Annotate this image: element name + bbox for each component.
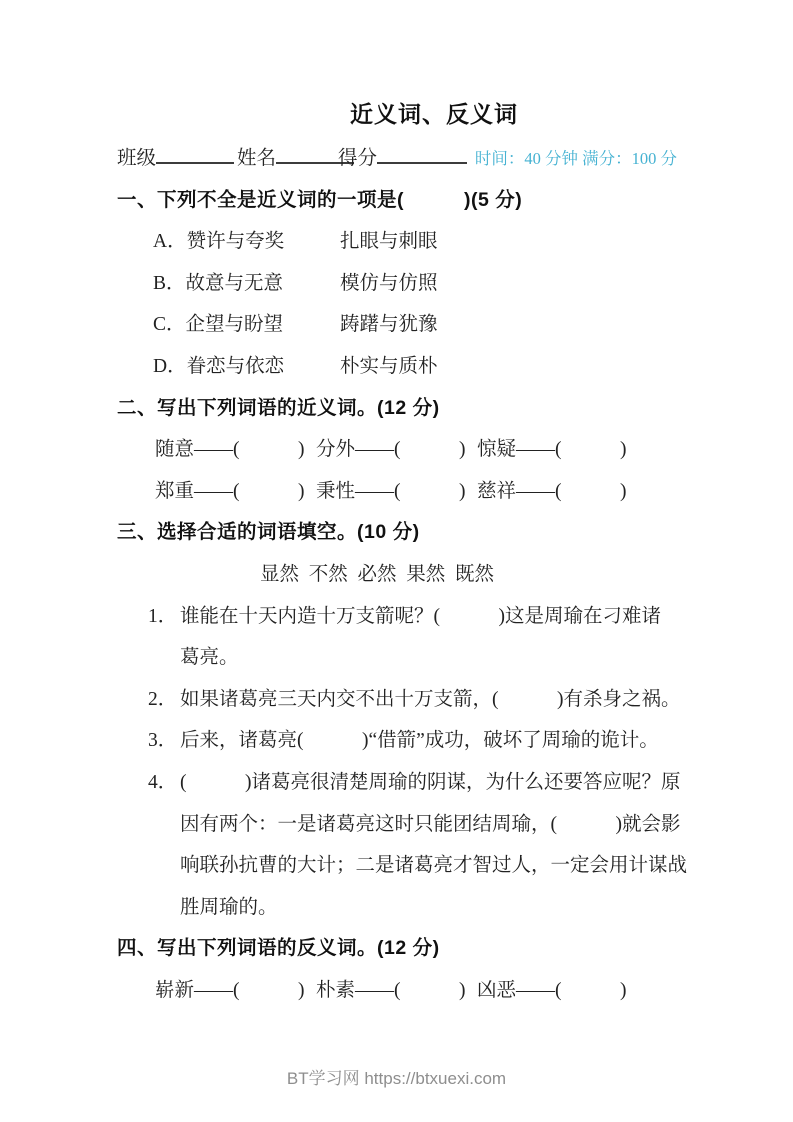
class-blank-line (156, 162, 234, 164)
option-d-pair2: 朴实与质朴 (340, 346, 438, 388)
worksheet-page: 近义词、反义词 班级 姓名 得分 时间：40 分钟 满分：100 分 一、下列不… (0, 0, 793, 1122)
time-limit-text: 时间：40 分钟 (475, 149, 578, 168)
synonym-blank: 郑重——( ) (155, 471, 305, 513)
option-a-pair1: 赞许与夸奖 (187, 231, 285, 252)
question-2-number: 2． (148, 679, 177, 721)
antonym-blank: 崭新——( ) (155, 970, 305, 1012)
section2-heading: 二、写出下列词语的近义词。(12 分) (117, 388, 677, 430)
option-row-a: A．赞许与夸奖 扎眼与刺眼 (117, 221, 677, 263)
option-row-c: C．企望与盼望 踌躇与犹豫 (117, 304, 677, 346)
question-3-number: 3． (148, 720, 177, 762)
option-b-text: B．故意与无意 (153, 273, 283, 294)
synonym-row-2: 郑重——( ) 秉性——( ) 慈祥——( ) (117, 471, 677, 513)
option-b-pair1: 故意与无意 (186, 273, 284, 294)
synonym-blank: 随意——( ) (155, 429, 305, 471)
question-2-text: 如果诸葛亮三天内交不出十万支箭，( )有杀身之祸。 (180, 689, 681, 710)
antonym-blank: 凶恶——( ) (477, 970, 627, 1012)
question-3-line-1: 3．后来，诸葛亮( )“借箭”成功，破坏了周瑜的诡计。 (117, 720, 677, 762)
option-d-text: D．眷恋与依恋 (153, 356, 284, 377)
antonym-blank: 朴素——( ) (316, 970, 466, 1012)
section4-heading: 四、写出下列词语的反义词。(12 分) (117, 928, 677, 970)
question-4-line-3: 响联孙抗曹的大计；二是诸葛亮才智过人，一定会用计谋战 (117, 845, 677, 887)
question-1-number: 1． (148, 596, 177, 638)
option-a-text: A．赞许与夸奖 (153, 231, 284, 252)
question-4-line-2: 因有两个：一是诸葛亮这时只能团结周瑜，( )就会影 (117, 804, 677, 846)
student-info-row: 班级 姓名 得分 时间：40 分钟 满分：100 分 (117, 138, 677, 180)
footer-watermark: BT学习网 https://btxuexi.com (0, 1066, 793, 1092)
full-score-text: 满分：100 分 (582, 149, 677, 168)
synonym-row-1: 随意——( ) 分外——( ) 惊疑——( ) (117, 429, 677, 471)
question-1-line-1: 1．谁能在十天内造十万支箭呢？( )这是周瑜在刁难诸 (117, 596, 677, 638)
question-1-text: 谁能在十天内造十万支箭呢？( )这是周瑜在刁难诸 (180, 606, 661, 627)
option-c-pair2: 踌躇与犹豫 (340, 304, 438, 346)
option-c-pair1: 企望与盼望 (186, 314, 284, 335)
section3-heading: 三、选择合适的词语填空。(10 分) (117, 512, 677, 554)
option-a-pair2: 扎眼与刺眼 (340, 221, 438, 263)
question-4-number: 4． (148, 762, 177, 804)
class-label: 班级 (117, 148, 156, 169)
option-d-label: D． (153, 356, 187, 377)
name-field: 姓名 (237, 138, 354, 180)
option-d-pair1: 眷恋与依恋 (187, 356, 285, 377)
option-b-label: B． (153, 273, 186, 294)
option-c-text: C．企望与盼望 (153, 314, 283, 335)
synonym-blank: 秉性——( ) (316, 471, 466, 513)
word-bank-row: 显然 不然 必然 果然 既然 (117, 554, 677, 596)
section1-heading: 一、下列不全是近义词的一项是( )(5 分) (117, 180, 677, 222)
page-title: 近义词、反义词 (350, 100, 518, 128)
option-b-pair2: 模仿与仿照 (340, 263, 438, 305)
question-4-line-4: 胜周瑜的。 (117, 887, 677, 929)
question-3-text: 后来，诸葛亮( )“借箭”成功，破坏了周瑜的诡计。 (180, 730, 659, 751)
question-4-line-1: 4．( )诸葛亮很清楚周瑜的阴谋，为什么还要答应呢？原 (117, 762, 677, 804)
synonym-blank: 分外——( ) (316, 429, 466, 471)
option-row-d: D．眷恋与依恋 朴实与质朴 (117, 346, 677, 388)
option-a-label: A． (153, 231, 187, 252)
option-c-label: C． (153, 314, 186, 335)
exam-info: 时间：40 分钟 满分：100 分 (475, 138, 677, 180)
score-field: 得分 (338, 138, 467, 180)
class-field: 班级 (117, 138, 234, 180)
synonym-blank: 慈祥——( ) (477, 471, 627, 513)
synonym-blank: 惊疑——( ) (477, 429, 627, 471)
question-4-text: ( )诸葛亮很清楚周瑜的阴谋，为什么还要答应呢？原 (180, 772, 681, 793)
score-blank-line (377, 162, 467, 164)
antonym-row-1: 崭新——( ) 朴素——( ) 凶恶——( ) (117, 970, 677, 1012)
word-bank-words: 显然 不然 必然 果然 既然 (260, 564, 494, 585)
worksheet-content: 班级 姓名 得分 时间：40 分钟 满分：100 分 一、下列不全是近义词的一项… (117, 138, 677, 1011)
option-row-b: B．故意与无意 模仿与仿照 (117, 263, 677, 305)
name-label: 姓名 (237, 148, 276, 169)
question-1-line-2: 葛亮。 (117, 637, 677, 679)
score-label: 得分 (338, 148, 377, 169)
question-2-line-1: 2．如果诸葛亮三天内交不出十万支箭，( )有杀身之祸。 (117, 679, 677, 721)
